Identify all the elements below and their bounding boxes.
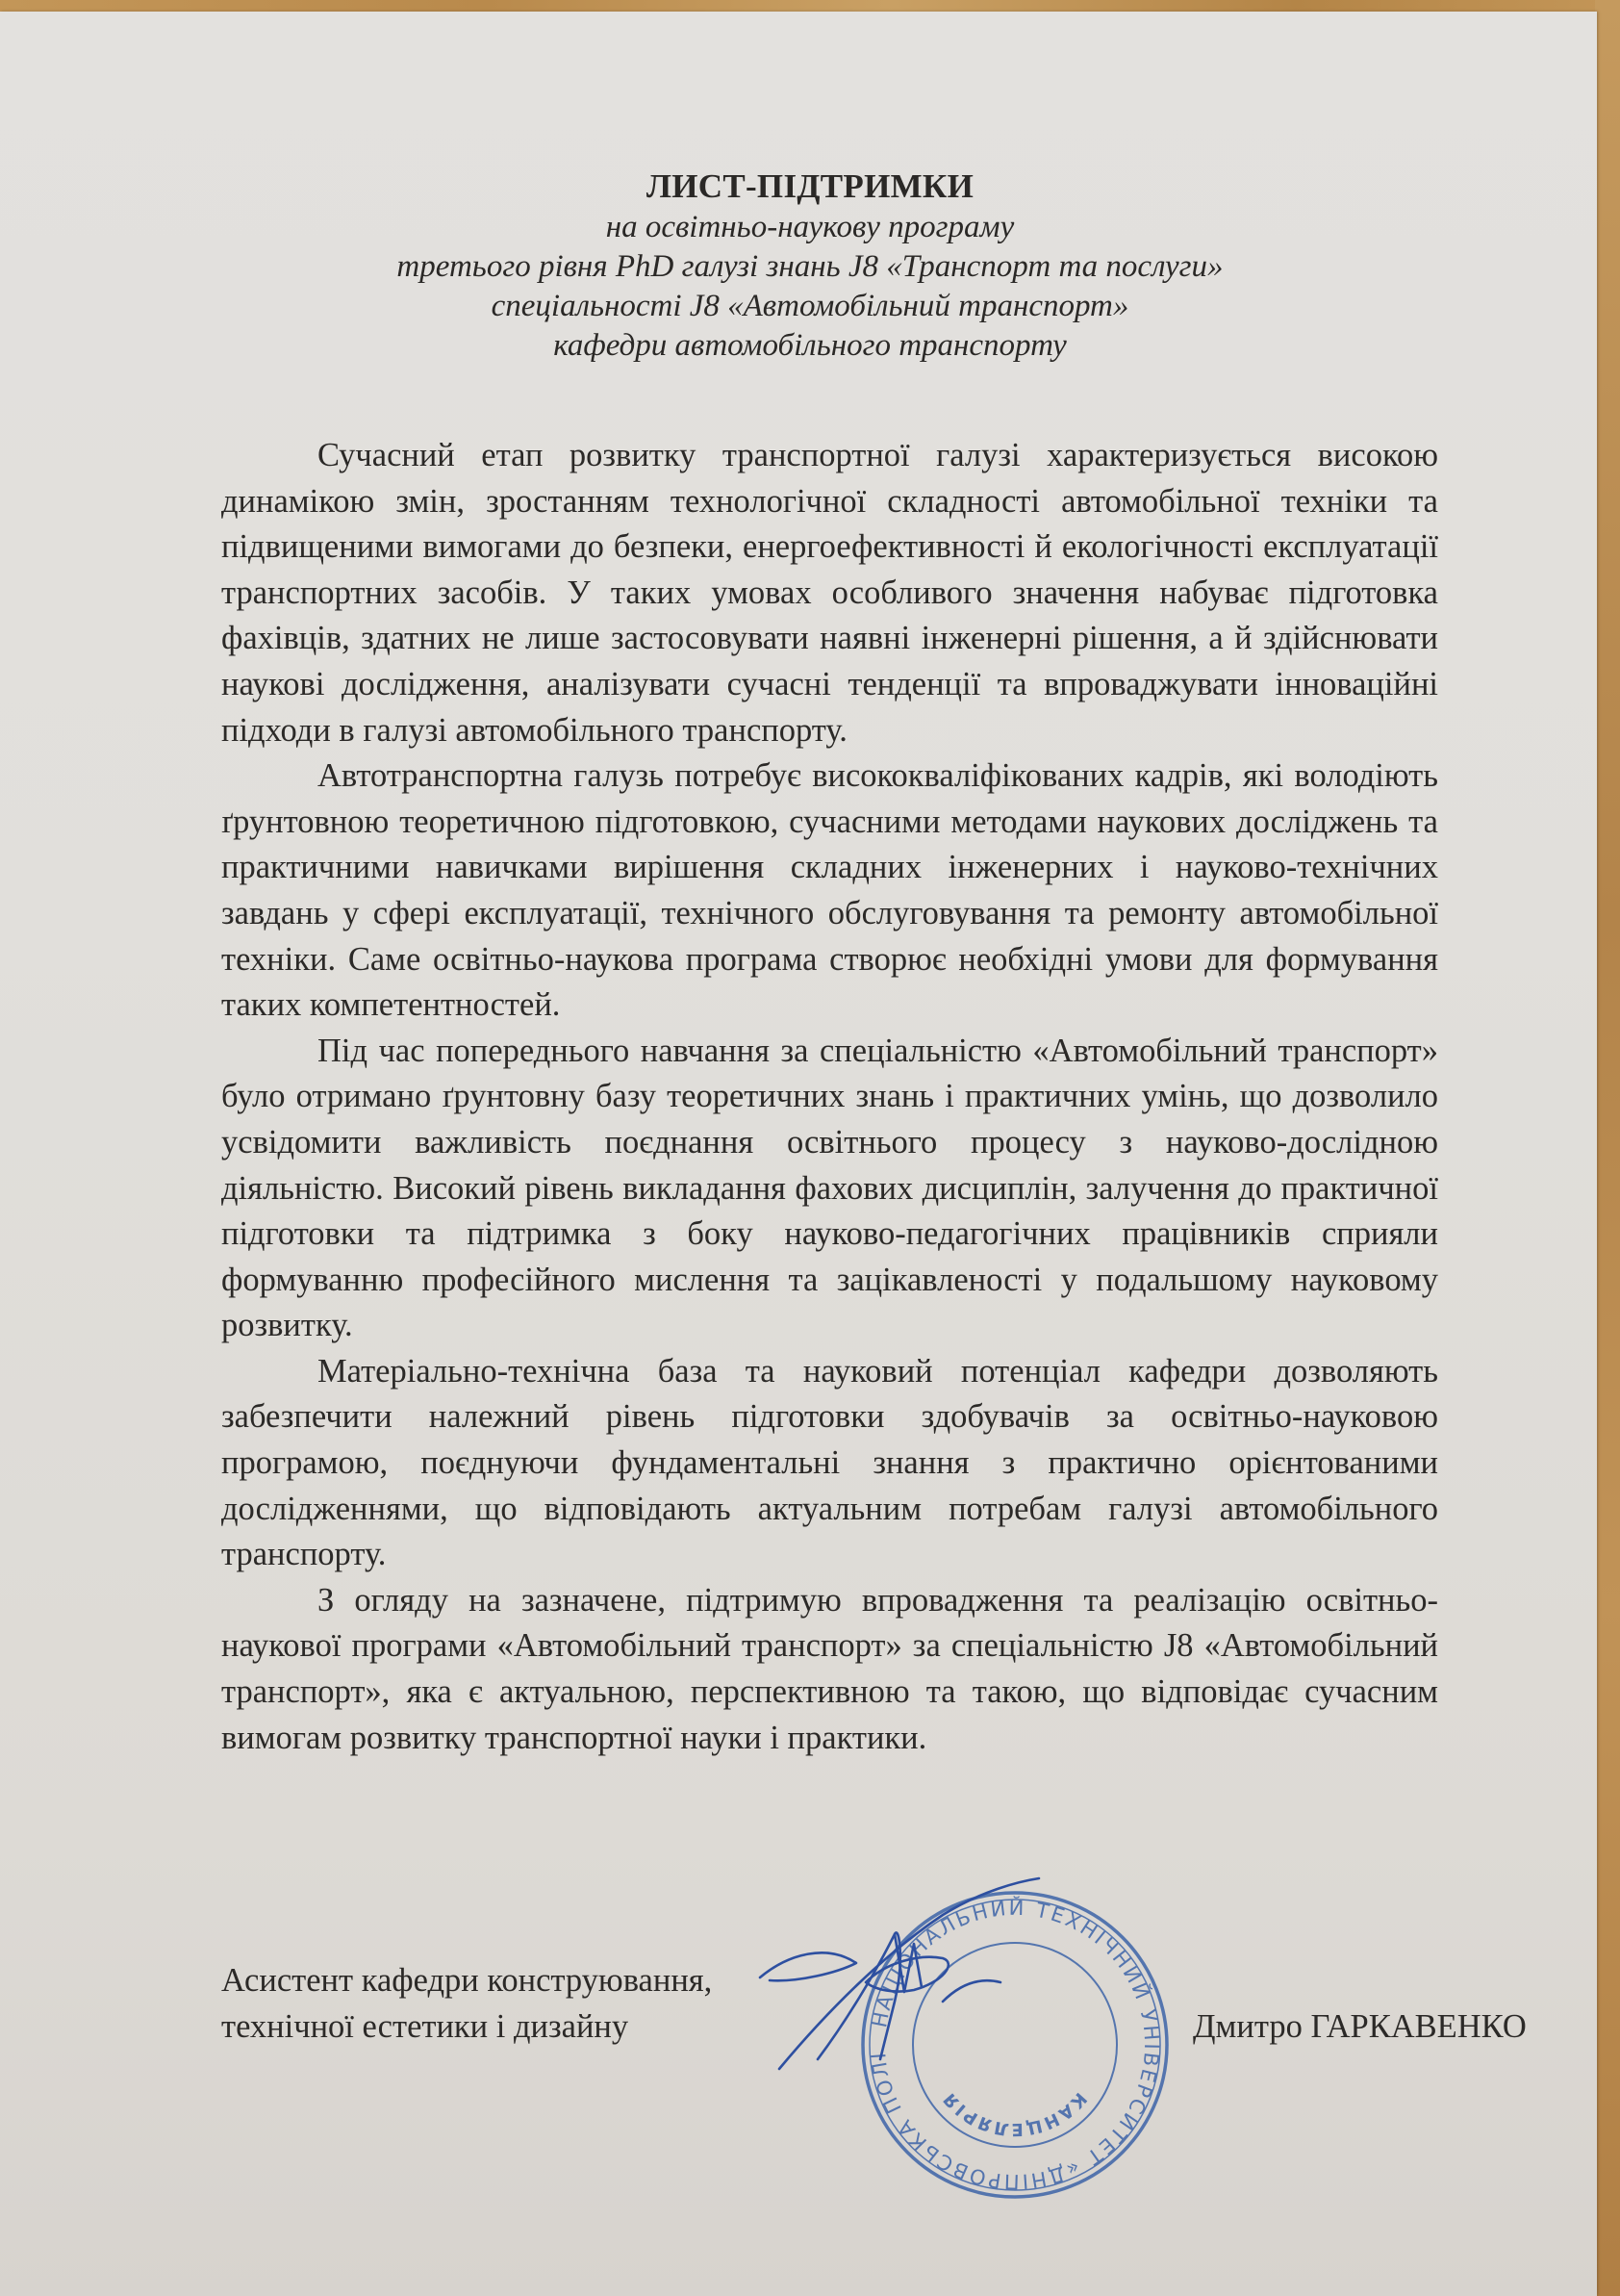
document-header: ЛИСТ-ПІДТРИМКИ на освітньо-наукову прогр… <box>0 166 1620 366</box>
paragraph: Сучасний етап розвитку транспортної галу… <box>221 433 1438 753</box>
document-title: ЛИСТ-ПІДТРИМКИ <box>0 166 1620 208</box>
paragraph: Матеріально-технічна база та науковий по… <box>221 1349 1438 1578</box>
subtitle-line-1: на освітньо-наукову програму <box>0 208 1620 247</box>
paragraph: Під час попереднього навчання за спеціал… <box>221 1029 1438 1349</box>
paragraph: З огляду на зазначене, підтримую впровад… <box>221 1578 1438 1761</box>
signatory-position: Асистент кафедри конструювання, технічно… <box>221 1957 712 2050</box>
subtitle-line-2: третього рівня PhD галузі знань J8 «Тран… <box>0 247 1620 287</box>
paragraph: Автотранспортна галузь потребує висококв… <box>221 753 1438 1029</box>
subtitle-line-4: кафедри автомобільного транспорту <box>0 326 1620 366</box>
position-line-1: Асистент кафедри конструювання, <box>221 1957 712 2003</box>
position-line-2: технічної естетики і дизайну <box>221 2003 712 2050</box>
signatory-name: Дмитро ГАРКАВЕНКО <box>1193 2003 1527 2050</box>
letter-body: Сучасний етап розвитку транспортної галу… <box>221 433 1438 1761</box>
subtitle-line-3: спеціальності J8 «Автомобільний транспор… <box>0 287 1620 326</box>
